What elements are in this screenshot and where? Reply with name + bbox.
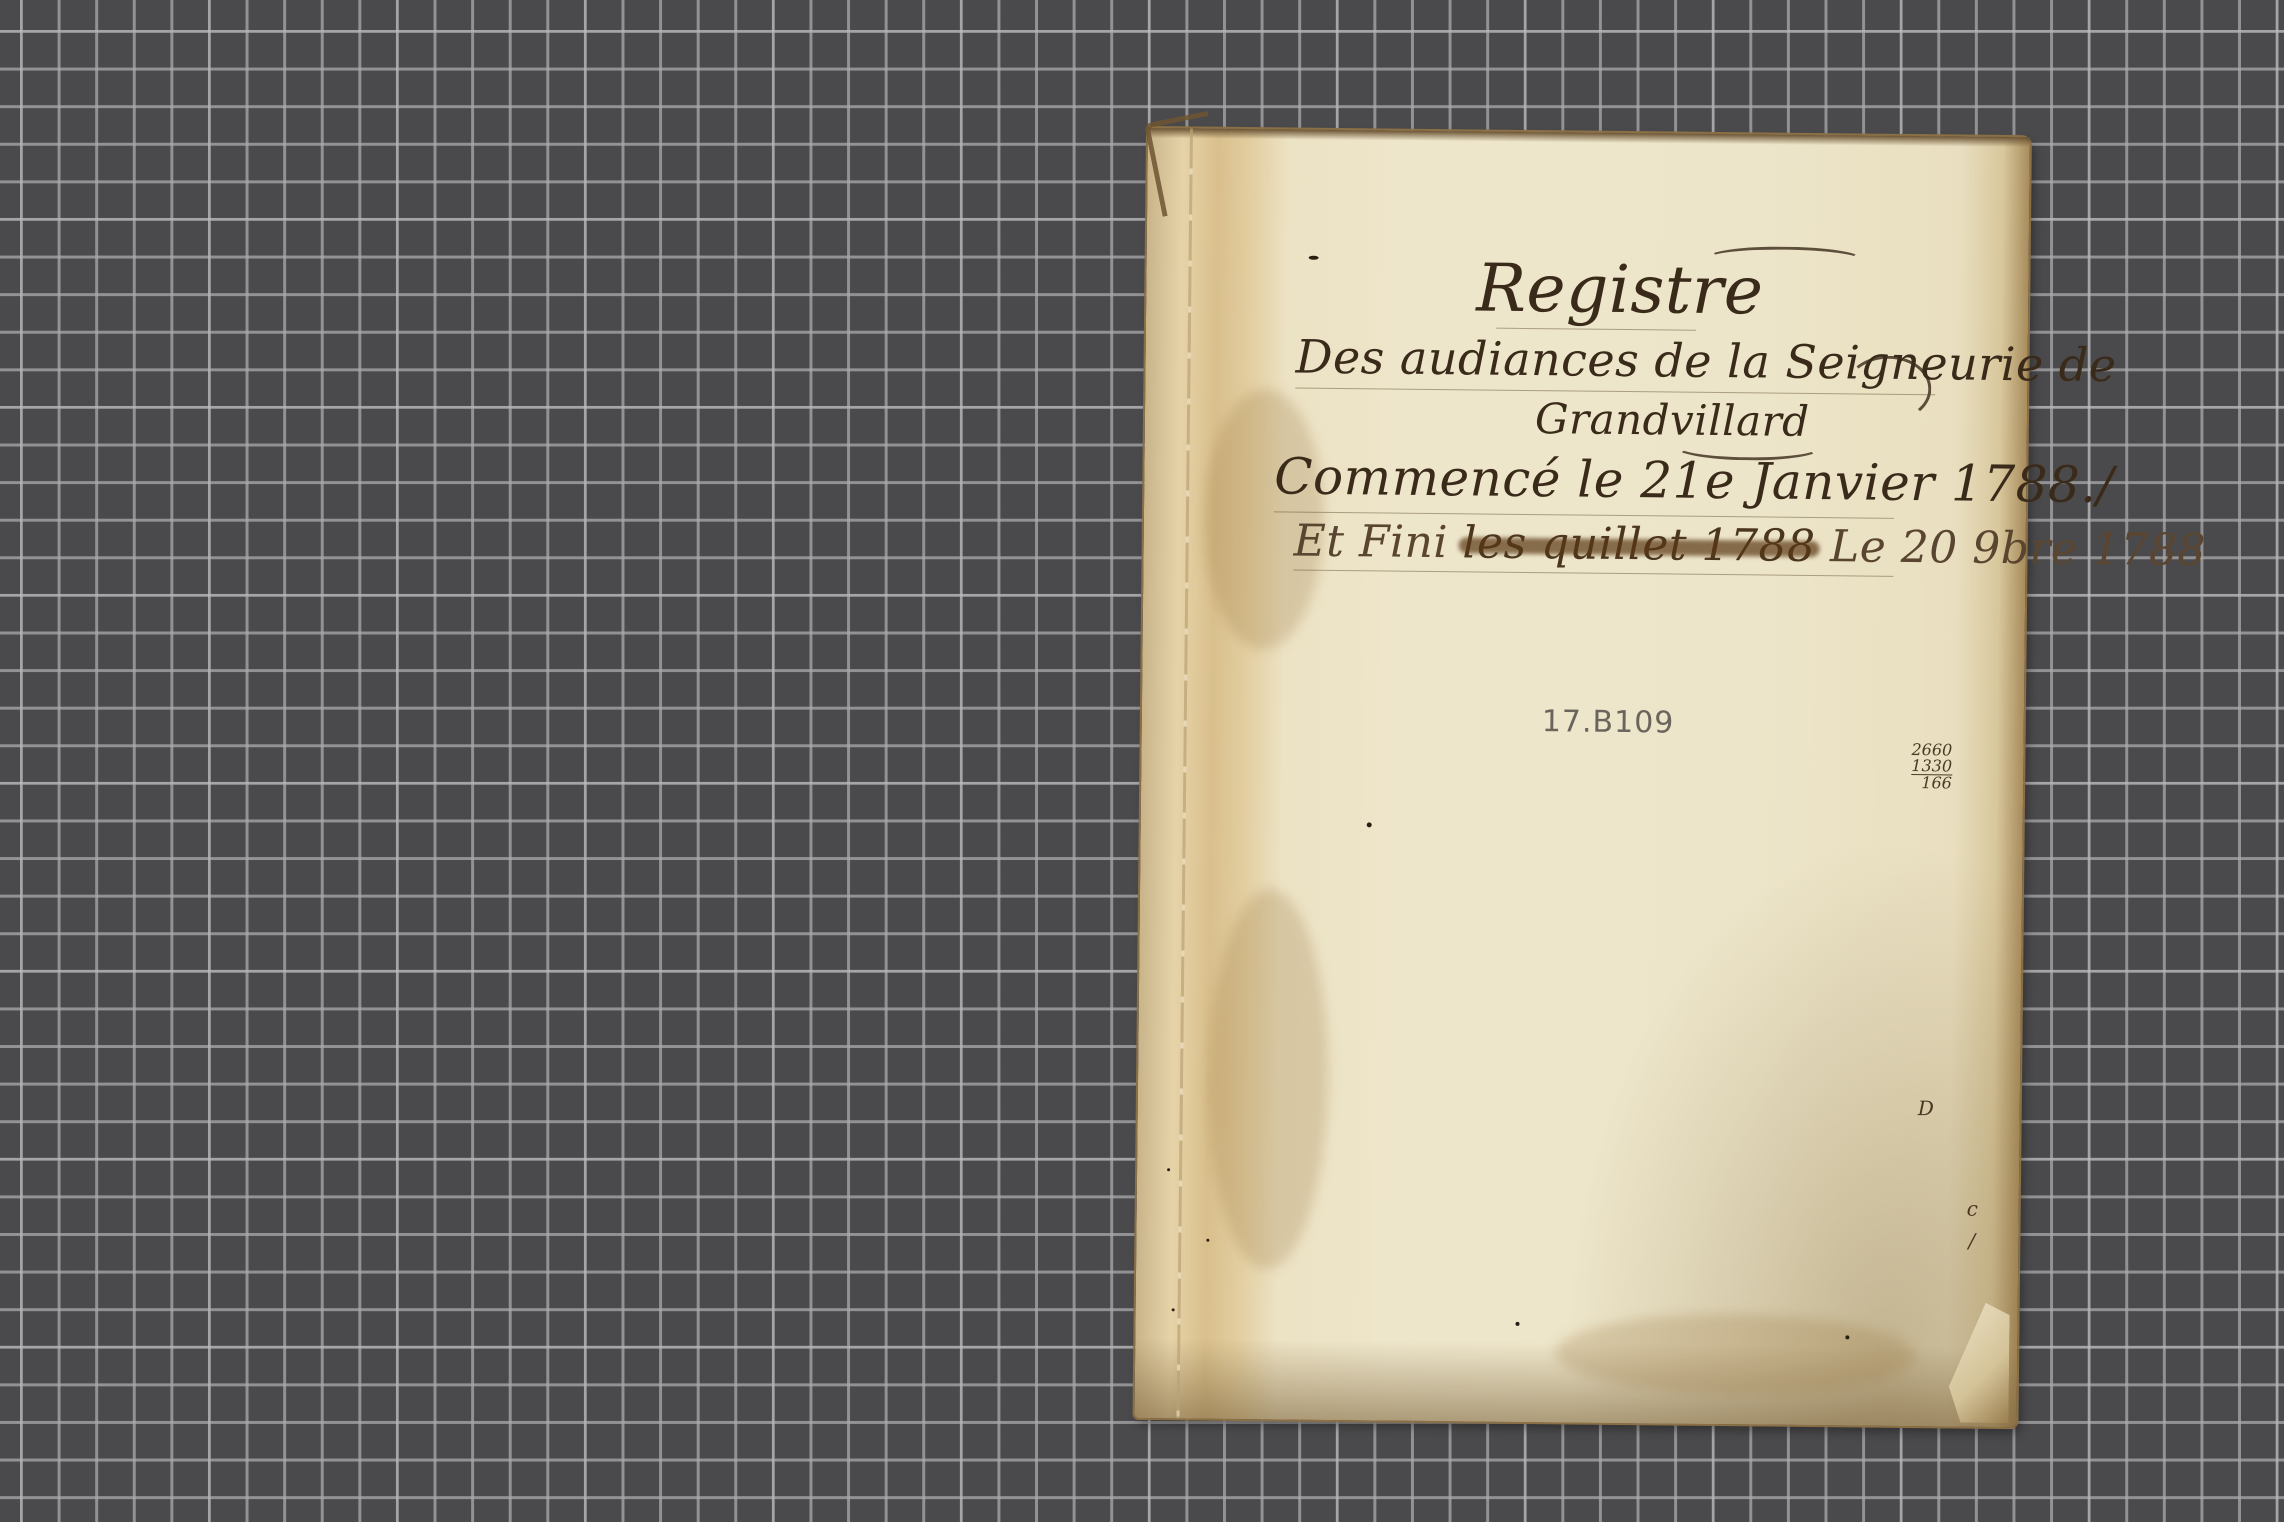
binding-thread [1176, 128, 1193, 1418]
register-line-fini: Et Fini les quillet 1788 Le 20 9bre 1788 [1293, 516, 2206, 577]
edge-mark: / [1968, 1229, 1975, 1253]
archive-call-number: 17.B109 [1542, 704, 1675, 740]
struck-out-text: les quillet 1788 [1462, 517, 1816, 572]
ink-spot [1367, 822, 1372, 827]
worn-top-edge [1148, 128, 2030, 147]
register-line-grandvillard: Grandvillard [1535, 394, 1810, 446]
fini-date: Le 20 9bre 1788 [1830, 521, 2206, 576]
margin-calculation: 2660 1330 166 [1911, 742, 1952, 791]
ink-spot [1845, 1335, 1849, 1339]
calc-result: 166 [1911, 774, 1952, 791]
ink-spot [1515, 1322, 1519, 1326]
register-line-audiences: Des audiances de la Seigneurie de [1295, 330, 2116, 393]
register-title: Registre [1476, 249, 1764, 329]
fini-prefix: Et Fini [1293, 516, 1448, 569]
ink-spot [1172, 1308, 1175, 1311]
water-stain [1206, 889, 1330, 1270]
ink-spot [1309, 256, 1319, 260]
calc-value: 1330 [1911, 758, 1952, 774]
ink-spot [1206, 1239, 1209, 1242]
register-cover: Registre Des audiances de la Seigneurie … [1134, 128, 2029, 1427]
edge-mark: D [1918, 1096, 1934, 1120]
edge-mark: c [1967, 1197, 1978, 1221]
register-line-commence: Commencé le 21e Janvier 1788./ [1274, 447, 2114, 514]
binding-knot [1144, 111, 1226, 217]
ink-spot [1167, 1168, 1170, 1171]
